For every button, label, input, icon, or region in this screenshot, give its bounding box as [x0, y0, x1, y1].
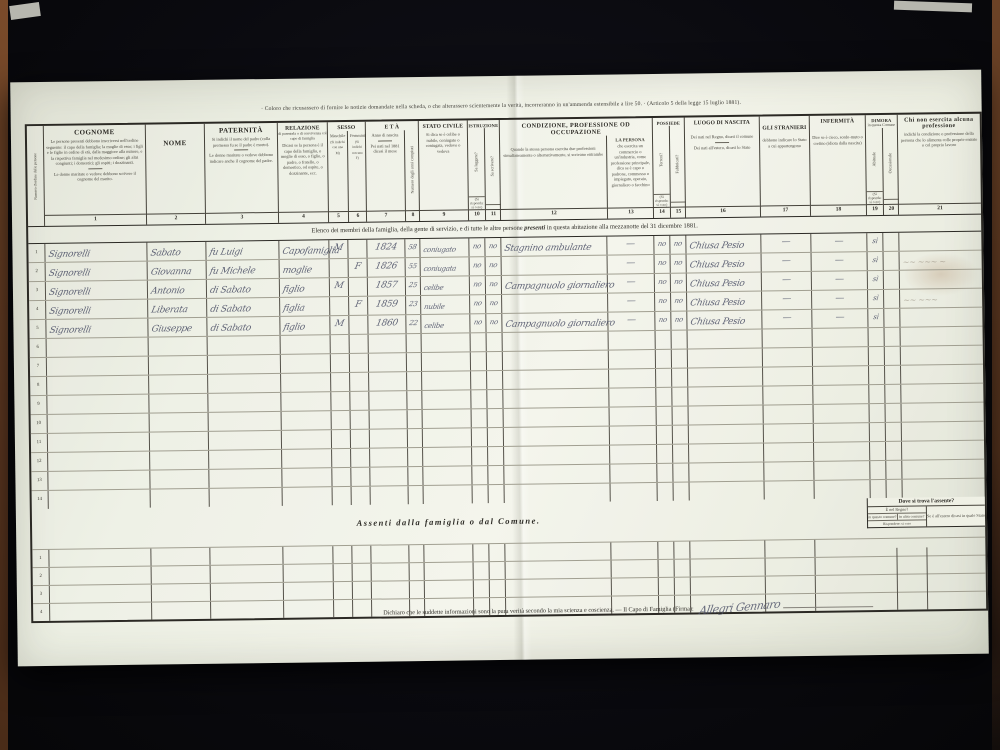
- cell-sesso_m: [333, 582, 352, 599]
- cell-infermita: [813, 461, 869, 480]
- cell-anno: 1857: [367, 277, 405, 295]
- cell-stranieri: [763, 405, 813, 424]
- cell-stranieri: —: [761, 291, 811, 310]
- cell-chi_non: [898, 232, 981, 251]
- cell-leggere: no: [469, 314, 485, 332]
- cell-relazione: Capofamiglia: [278, 240, 328, 259]
- col-header-terreni: Terreni? (Si risponda: sì o no) 14: [653, 126, 670, 218]
- col-header-chi-non-esercita: Chi non esercita alcuna professione indi…: [897, 114, 981, 215]
- cell-num: 8: [30, 377, 46, 395]
- cell-infermita: [813, 442, 869, 461]
- cell-infermita: —: [810, 233, 866, 252]
- cell-chi_non: [901, 403, 984, 422]
- cell-sesso_f: [348, 278, 367, 296]
- cell-luogo: Chiusa Pesio: [686, 273, 761, 292]
- cell-dim_ab: [869, 423, 885, 441]
- cell-stato: nubile: [420, 295, 469, 314]
- cell-professione: [502, 389, 608, 408]
- cell-nome: [149, 470, 208, 489]
- cell-anno: [370, 545, 408, 562]
- cell-sesso_f: F: [348, 259, 367, 277]
- cell-scrivere: [488, 544, 504, 561]
- cell-anno: [369, 410, 407, 428]
- cell-persona: [611, 578, 658, 596]
- cell-stato: [423, 544, 472, 562]
- cell-sesso_m: [331, 411, 350, 429]
- signature-line: [783, 606, 873, 608]
- cell-scrivere: [489, 562, 505, 579]
- cell-anno: [369, 429, 407, 447]
- cell-relazione: [283, 582, 333, 600]
- cell-paternita: [210, 565, 283, 583]
- cell-nome: [150, 489, 209, 508]
- cell-scrivere: no: [485, 257, 501, 275]
- cell-num: 9: [30, 396, 46, 414]
- cell-chi_non: [900, 346, 983, 365]
- cell-stranieri: [762, 386, 812, 405]
- cell-dim_oc: [885, 442, 901, 460]
- cell-fabbricati: [671, 388, 687, 406]
- cell-sesso_m: [330, 373, 349, 391]
- cell-scrivere: no: [485, 314, 501, 332]
- cell-infermita: [813, 404, 869, 423]
- paper-scrap-top-left: [9, 2, 41, 20]
- cell-anni: [406, 372, 421, 390]
- col-header-infermita: INFERMITÀ Dire se è cieco, sordo-muto o …: [809, 115, 866, 216]
- cell-terreni: [657, 542, 673, 559]
- cell-anno: [371, 563, 409, 580]
- cell-infermita: [812, 328, 868, 347]
- cell-luogo: [688, 406, 763, 425]
- col-header-sesso-f: Femminile(Si indichi con una F) 6: [347, 131, 367, 222]
- cell-num: 11: [31, 434, 47, 452]
- cell-stato: coniugato: [419, 238, 468, 257]
- col-header-la-persona: LA PERSONAche esercita un commercio o un…: [606, 135, 654, 219]
- table-edge-right: [992, 0, 1000, 750]
- cell-luogo: [688, 444, 763, 463]
- cell-chi_non: [901, 422, 984, 441]
- cell-leggere: no: [468, 238, 484, 256]
- cell-fabbricati: no: [670, 293, 686, 311]
- cell-anno: 1824: [366, 239, 404, 257]
- cell-relazione: [282, 546, 332, 564]
- cell-dim_oc: [883, 252, 899, 270]
- col-header-cognome: COGNOME Le persone presenti debbono insc…: [43, 125, 146, 226]
- cell-stranieri: —: [761, 253, 811, 272]
- cell-scrivere: [487, 409, 503, 427]
- cell-anni: [407, 467, 422, 485]
- cell-nome: Antonio: [147, 280, 206, 299]
- cell-fabbricati: no: [670, 274, 686, 292]
- cell-anni: 23: [405, 296, 420, 314]
- cell-sesso_f: [349, 373, 368, 391]
- cell-num: 6: [30, 339, 46, 357]
- cell-chi_non: [900, 365, 983, 384]
- col-header-dimora-abituale: Abituale (Si risponda: sì o no) 19: [866, 128, 883, 216]
- cell-infermita: —: [811, 271, 867, 290]
- cell-sesso_f: [350, 468, 369, 486]
- cell-luogo: [688, 425, 763, 444]
- cell-infermita: [813, 423, 869, 442]
- cell-professione: [502, 332, 608, 351]
- cell-paternita: di Sabato: [206, 298, 279, 317]
- cell-scrivere: [487, 466, 503, 484]
- cell-terreni: no: [654, 274, 670, 292]
- cell-terreni: no: [654, 312, 670, 330]
- cell-fabbricati: [674, 578, 690, 595]
- cell-nome: Liberata: [147, 299, 206, 318]
- cell-sesso_m: [329, 297, 348, 315]
- cell-relazione: [280, 354, 330, 373]
- cell-professione: Campagnuolo giornaliero: [501, 313, 607, 332]
- cell-professione: Campagnuolo giornaliero: [501, 275, 607, 294]
- cell-persona: —: [607, 293, 654, 312]
- cell-terreni: no: [653, 236, 669, 254]
- cell-anno: 1860: [367, 315, 405, 333]
- cell-luogo: Chiusa Pesio: [686, 292, 761, 311]
- cell-stato: [422, 428, 471, 447]
- cell-fabbricati: [672, 407, 688, 425]
- cell-terreni: [656, 426, 672, 444]
- cell-stato: [424, 580, 473, 598]
- cell-stranieri: [765, 558, 815, 576]
- cell-luogo: Chiusa Pesio: [686, 311, 761, 330]
- cell-sesso_m: [333, 564, 352, 581]
- cell-anno: [371, 581, 409, 598]
- cell-paternita: [207, 355, 280, 374]
- cell-cognome: [48, 490, 150, 509]
- cell-leggere: [472, 485, 488, 503]
- cell-chi_non: [901, 441, 984, 460]
- cell-professione: [504, 543, 610, 561]
- cell-relazione: figlio: [279, 278, 329, 297]
- cell-stranieri: [764, 540, 814, 558]
- col-header-eta: E T À Anno di nascitaPei nati nel 1881 d…: [365, 121, 419, 222]
- cell-leggere: [470, 371, 486, 389]
- cell-terreni: [655, 350, 671, 368]
- cell-relazione: [281, 430, 331, 449]
- cell-cognome: Signorelli: [44, 243, 146, 262]
- cell-dim_ab: sì: [867, 252, 883, 270]
- cell-luogo: [690, 577, 765, 595]
- cell-dim_ab: sì: [867, 271, 883, 289]
- col-header-row-number: Numero d'ordine delle persone: [27, 126, 44, 226]
- cell-terreni: [656, 464, 672, 482]
- cell-stranieri: [762, 329, 812, 348]
- cell-sesso_f: [349, 392, 368, 410]
- cell-nome: [148, 356, 207, 375]
- cell-fabbricati: no: [669, 236, 685, 254]
- cell-dim_ab: [868, 366, 884, 384]
- cell-stato: [422, 466, 471, 485]
- cell-dim_oc: [884, 385, 900, 403]
- cell-nome: Sabato: [146, 242, 205, 261]
- cell-luogo: [689, 482, 764, 501]
- cell-terreni: [655, 388, 671, 406]
- cell-paternita: di Sabato: [206, 317, 279, 336]
- cell-nome: Giuseppe: [147, 318, 206, 337]
- cell-scrivere: [486, 390, 502, 408]
- cell-stranieri: —: [761, 310, 811, 329]
- cell-dim_oc: [883, 290, 899, 308]
- cell-persona: [609, 445, 656, 464]
- cell-stato: celibe: [420, 314, 469, 333]
- cell-professione: Stagnino ambulante: [500, 237, 606, 256]
- cell-terreni: [656, 407, 672, 425]
- col-header-paternita: PATERNITÀ Si indichi il nome del padre (…: [204, 123, 278, 224]
- cell-persona: [608, 350, 655, 369]
- cell-relazione: [282, 487, 332, 506]
- cell-anni: 55: [405, 258, 420, 276]
- cell-leggere: [470, 352, 486, 370]
- cell-nome: [148, 337, 207, 356]
- paper-scrap-top-right: [894, 1, 972, 13]
- cell-persona: —: [607, 274, 654, 293]
- cell-paternita: [207, 393, 280, 412]
- cell-anni: [408, 486, 423, 504]
- cell-anni: [409, 581, 424, 598]
- cell-nome: Giovanna: [147, 261, 206, 280]
- cell-anno: [368, 353, 406, 371]
- cell-anni: 25: [405, 277, 420, 295]
- cell-professione: [503, 446, 609, 465]
- cell-chi_non: ~~ ~~~: [899, 289, 982, 308]
- cell-nome: [149, 432, 208, 451]
- signature: Allegri Gennaro: [699, 597, 782, 617]
- col-header-professione: Quando la stessa persona esercita due pr…: [500, 136, 607, 220]
- cell-cognome: [47, 452, 149, 471]
- col-header-sesso: SESSO Maschile(Si indichi con una M) 5 F…: [327, 122, 366, 222]
- cell-num: 5: [29, 320, 45, 338]
- cell-persona: —: [606, 236, 653, 255]
- cell-dim_ab: [869, 404, 885, 422]
- cell-stato: [422, 409, 471, 428]
- cell-anni: [406, 334, 421, 352]
- cell-dim_oc: [883, 309, 899, 327]
- cell-chi_non: [899, 308, 982, 327]
- cell-luogo: [690, 559, 765, 577]
- table-edge-left: [0, 0, 8, 750]
- cell-cognome: [49, 585, 151, 603]
- cell-cognome: [46, 357, 148, 376]
- whereabouts-box: Dove si trova l'assente? È nel Regno? in…: [867, 497, 986, 611]
- cell-scrivere: [486, 371, 502, 389]
- cell-anni: [407, 429, 422, 447]
- cell-cognome: Signorelli: [45, 262, 147, 281]
- cell-dim_ab: [869, 442, 885, 460]
- cell-dim_oc: [885, 423, 901, 441]
- cell-dim_oc: [885, 404, 901, 422]
- cell-num: 3: [29, 282, 45, 300]
- cell-professione: [503, 427, 609, 446]
- cell-sesso_m: [331, 468, 350, 486]
- cell-fabbricati: [672, 426, 688, 444]
- col-header-sa-leggere: Sa leggere? (Si risponda: sì o no) 10: [468, 128, 485, 220]
- cell-fabbricati: [672, 445, 688, 463]
- cell-sesso_f: [350, 449, 369, 467]
- col-header-stranieri: GLI STRANIERI debbono indicare lo Stato …: [759, 116, 810, 217]
- cell-leggere: no: [469, 276, 485, 294]
- census-form: Numero d'ordine delle persone COGNOME Le…: [25, 112, 988, 623]
- cell-infermita: [814, 539, 870, 557]
- col-header-relazione: RELAZIONE di parentela o di convivenza c…: [277, 122, 328, 223]
- cell-dim_oc: [884, 328, 900, 346]
- cell-sesso_m: [329, 259, 348, 277]
- cell-sesso_f: [352, 582, 371, 599]
- cell-fabbricati: [671, 331, 687, 349]
- cell-fabbricati: [673, 542, 689, 559]
- col-header-condizione: CONDIZIONE, PROFESSIONE OD OCCUPAZIONE Q…: [499, 118, 653, 220]
- cell-terreni: [656, 445, 672, 463]
- cell-terreni: [658, 560, 674, 577]
- cell-leggere: [471, 428, 487, 446]
- cell-stranieri: —: [760, 234, 810, 253]
- cell-cognome: [46, 338, 148, 357]
- cell-professione: [505, 561, 611, 579]
- cell-fabbricati: [671, 350, 687, 368]
- cell-num: 1: [32, 550, 48, 567]
- cell-stranieri: [764, 481, 814, 500]
- cell-stato: [421, 352, 470, 371]
- col-header-stato-civile: STATO CIVILE Si dica se è celibe o nubil…: [418, 120, 468, 221]
- cell-paternita: di Sabato: [206, 279, 279, 298]
- cell-stato: coniugata: [420, 257, 469, 276]
- cell-num: 2: [29, 263, 45, 281]
- cell-infermita: [812, 366, 868, 385]
- cell-scrivere: [488, 485, 504, 503]
- cell-luogo: [688, 463, 763, 482]
- cell-persona: [609, 426, 656, 445]
- cell-infermita: [814, 480, 870, 499]
- table-header: Numero d'ordine delle persone COGNOME Le…: [27, 114, 981, 227]
- cell-nome: [149, 451, 208, 470]
- cell-chi_non: ~~ ~~~ ~: [899, 251, 982, 270]
- cell-sesso_f: [348, 316, 367, 334]
- col-header-possiede: POSSIEDE Terreni? (Si risponda: sì o no)…: [652, 118, 685, 218]
- cell-stato: [421, 333, 470, 352]
- cell-dim_oc: [884, 366, 900, 384]
- cell-fabbricati: no: [670, 312, 686, 330]
- cell-infermita: [815, 575, 871, 593]
- cell-nome: [148, 375, 207, 394]
- cell-terreni: [655, 369, 671, 387]
- cell-stranieri: —: [761, 272, 811, 291]
- cell-sesso_m: [330, 392, 349, 410]
- col-header-sesso-m: Maschile(Si indichi con una M) 5: [328, 131, 348, 222]
- cell-terreni: [657, 483, 673, 501]
- cell-infermita: —: [811, 290, 867, 309]
- cell-leggere: [471, 447, 487, 465]
- cell-sesso_f: [349, 354, 368, 372]
- cell-stranieri: [763, 462, 813, 481]
- cell-num: 1: [28, 244, 44, 262]
- cell-cognome: Signorelli: [45, 319, 147, 338]
- cell-dim_oc: [882, 233, 898, 251]
- cell-cognome: [46, 376, 148, 395]
- legal-notice: · Coloro che ricusassero di fornire le n…: [41, 97, 962, 115]
- cell-dim_ab: sì: [866, 233, 882, 251]
- cell-sesso_m: [330, 335, 349, 353]
- cell-num: 10: [31, 415, 47, 433]
- cell-stato: [424, 562, 473, 580]
- cell-infermita: [815, 557, 871, 575]
- cell-sesso_m: M: [328, 240, 347, 258]
- cell-stato: [423, 485, 472, 504]
- cell-anni: [408, 545, 423, 562]
- cell-infermita: [812, 385, 868, 404]
- cell-paternita: [208, 412, 281, 431]
- cell-num: 4: [29, 301, 45, 319]
- cell-sesso_m: [331, 449, 350, 467]
- cell-anno: [369, 467, 407, 485]
- cell-anni: [406, 391, 421, 409]
- cell-anno: [370, 486, 408, 504]
- cell-persona: [610, 483, 657, 502]
- cell-dim_ab: sì: [867, 290, 883, 308]
- cell-dim_ab: [869, 461, 885, 479]
- cell-paternita: [208, 469, 281, 488]
- cell-sesso_f: [352, 564, 371, 581]
- col-header-dimora: DIMORA in questa Comune Abituale (Si ris…: [865, 115, 898, 215]
- cell-terreni: [655, 331, 671, 349]
- cell-persona: [609, 464, 656, 483]
- cell-persona: [611, 560, 658, 578]
- cell-fabbricati: [673, 483, 689, 501]
- cell-stranieri: [765, 576, 815, 594]
- cell-scrivere: [487, 428, 503, 446]
- cell-persona: —: [607, 312, 654, 331]
- cell-anni: 58: [404, 239, 419, 257]
- cell-chi_non: [899, 270, 982, 289]
- cell-nome: [151, 566, 210, 584]
- cell-sesso_f: [347, 240, 366, 258]
- cell-scrivere: no: [485, 295, 501, 313]
- cell-scrivere: [486, 333, 502, 351]
- cell-anno: [368, 391, 406, 409]
- cell-nome: [148, 394, 207, 413]
- cell-persona: [608, 369, 655, 388]
- cell-anno: 1859: [367, 296, 405, 314]
- cell-relazione: moglie: [279, 259, 329, 278]
- cell-luogo: Chiusa Pesio: [685, 235, 760, 254]
- cell-leggere: [473, 562, 489, 579]
- cell-paternita: fu Michele: [206, 260, 279, 279]
- cell-cognome: [48, 549, 150, 567]
- census-sheet: · Coloro che ricusassero di fornire le n…: [10, 70, 989, 667]
- cell-chi_non: [901, 479, 984, 498]
- cell-sesso_m: [332, 546, 351, 563]
- cell-terreni: no: [654, 293, 670, 311]
- cell-sesso_m: M: [329, 278, 348, 296]
- cell-anno: [368, 372, 406, 390]
- cell-sesso_f: [350, 411, 369, 429]
- cell-anni: [409, 563, 424, 580]
- cell-paternita: [209, 488, 282, 507]
- cell-cognome: [47, 433, 149, 452]
- present-persons-table: 1SignorelliSabatofu LuigiCapofamigliaM18…: [28, 232, 984, 509]
- cell-terreni: [658, 578, 674, 595]
- cell-sesso_m: M: [329, 316, 348, 334]
- cell-dim_oc: [883, 271, 899, 289]
- cell-stranieri: [763, 443, 813, 462]
- cell-num: 3: [33, 586, 49, 603]
- cell-anno: [368, 334, 406, 352]
- cell-nome: [150, 548, 209, 566]
- cell-infermita: —: [811, 252, 867, 271]
- cell-paternita: fu Luigi: [205, 241, 278, 260]
- cell-paternita: [209, 547, 282, 565]
- cell-professione: [503, 465, 609, 484]
